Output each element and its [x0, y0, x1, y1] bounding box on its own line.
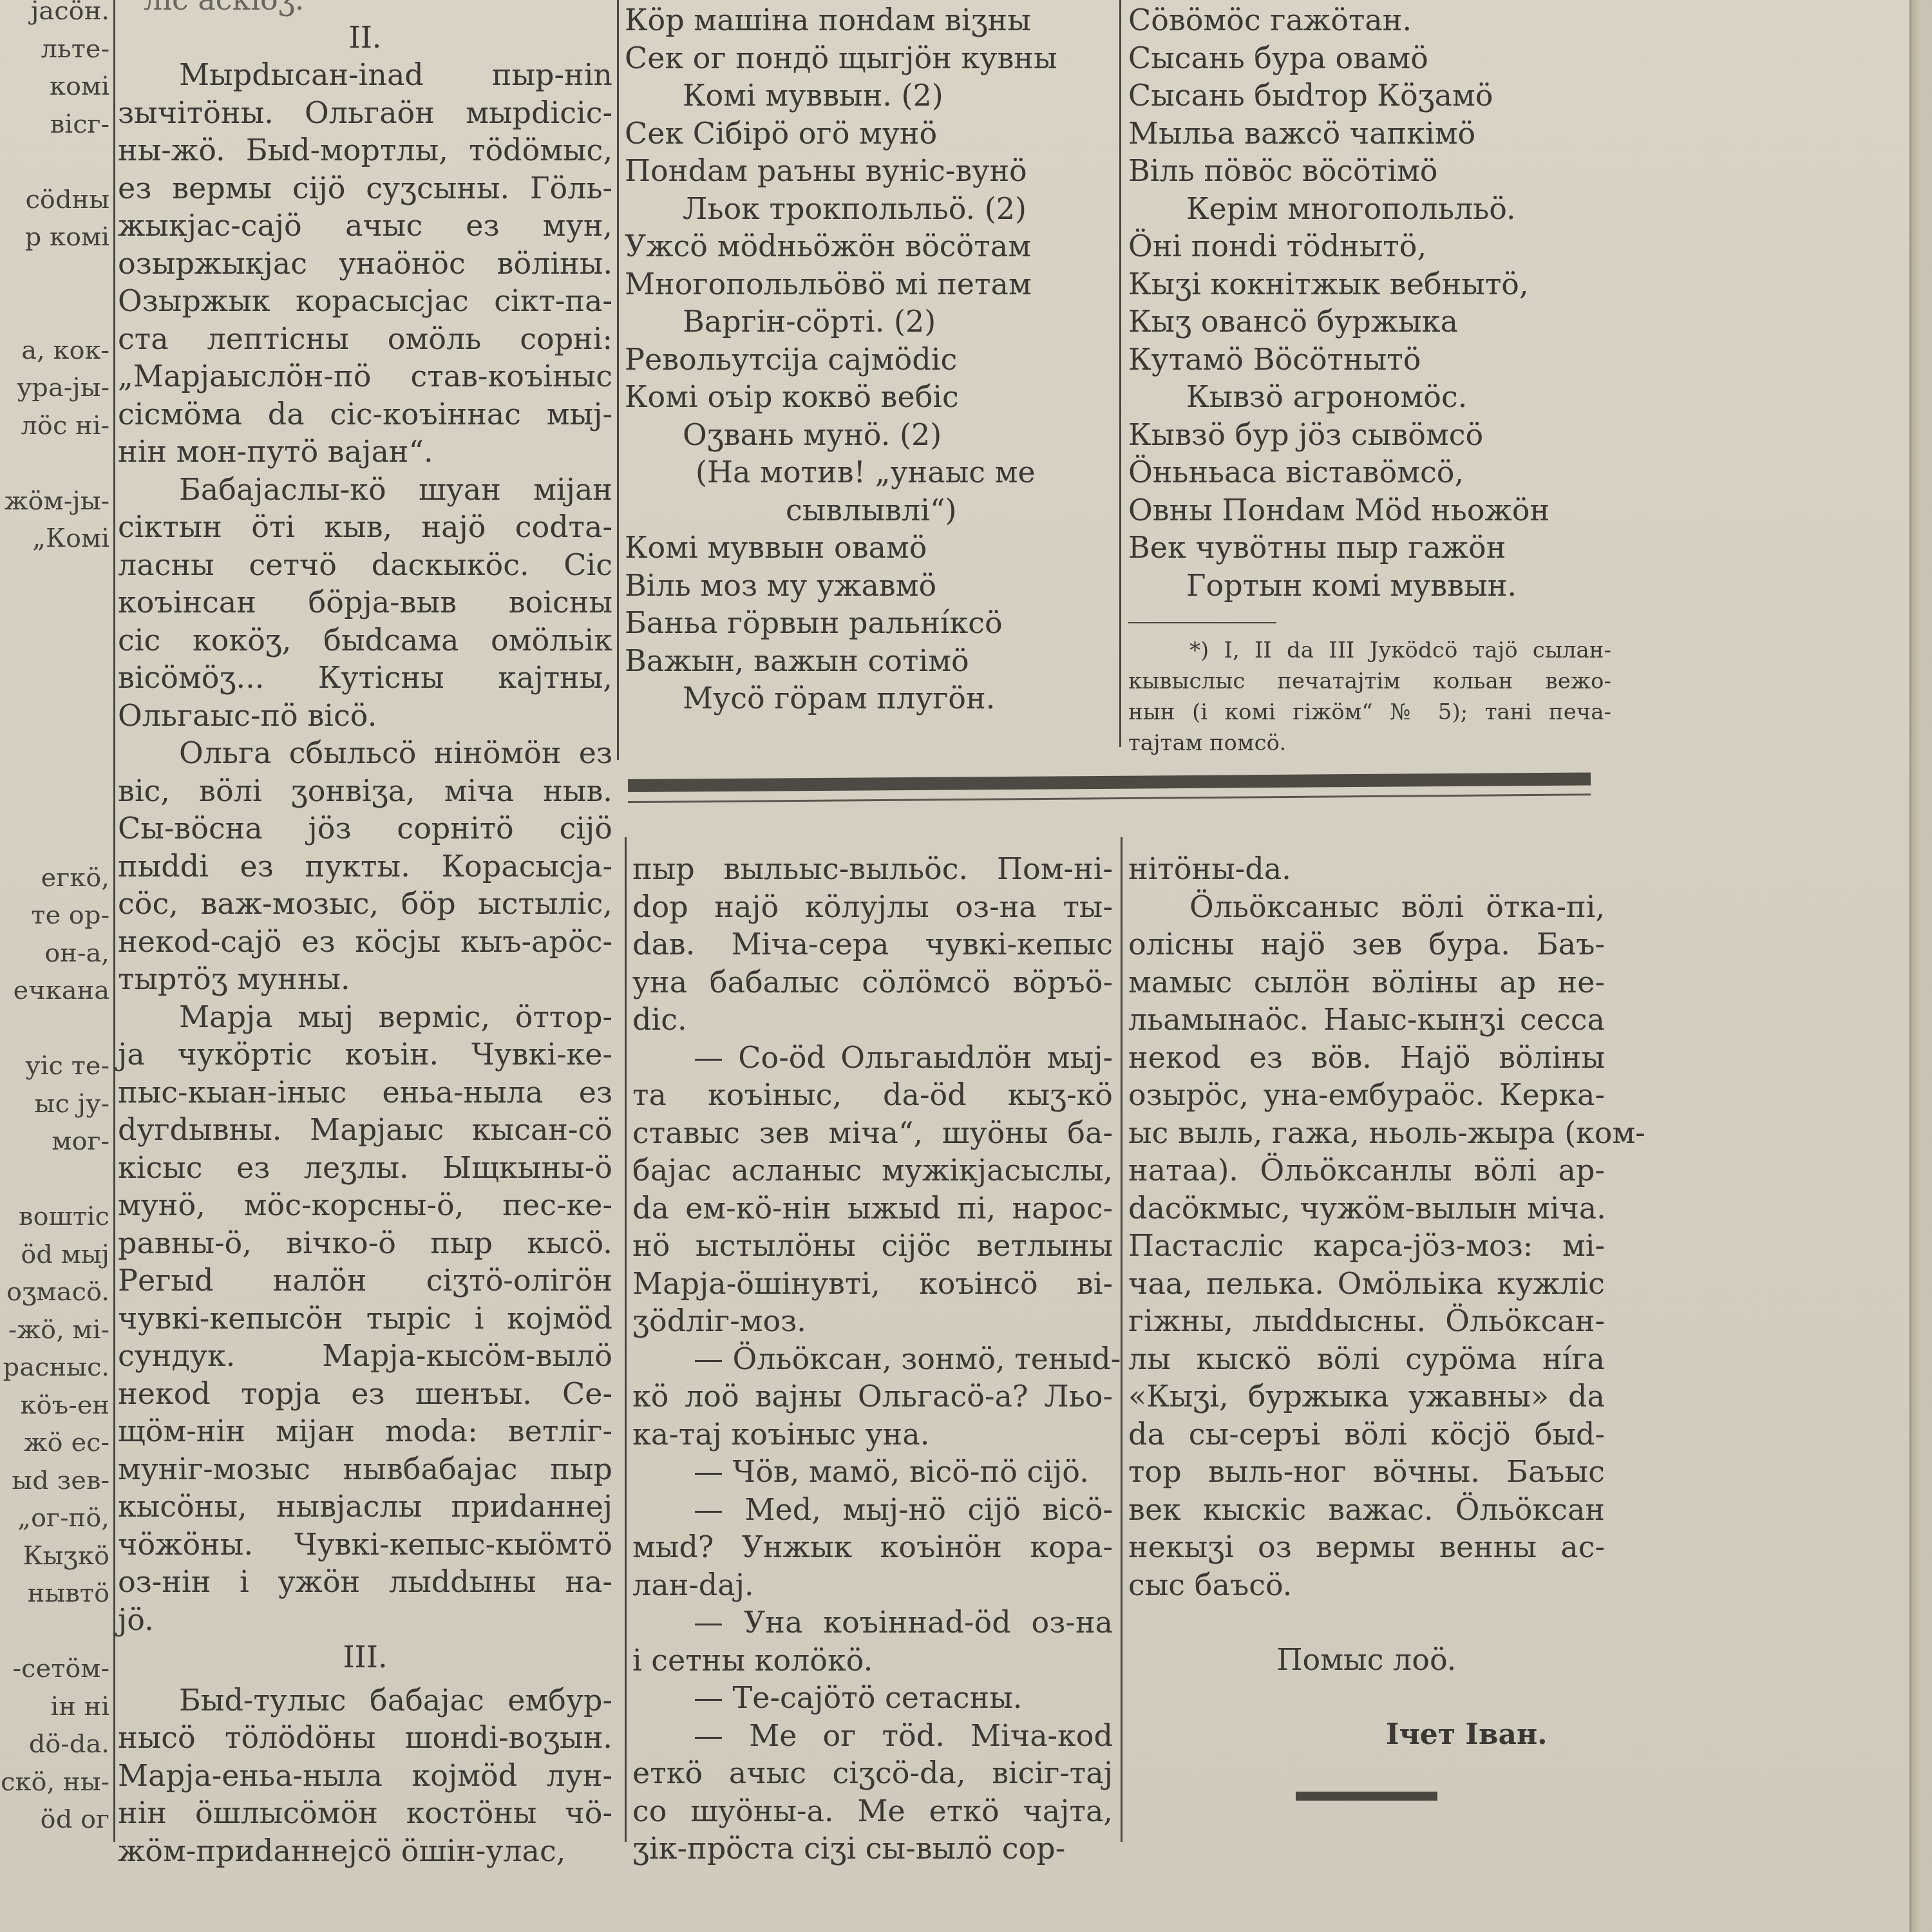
text-fragment: Кыӡкö [0, 1537, 109, 1575]
text-line: кö лоö вајны Ольгасö-а? Льо- [632, 1378, 1113, 1416]
text-fragment [0, 708, 109, 746]
story-column-3: пыр выльыс-выльöс. Пом-ні-dор најö кöлуј… [632, 850, 1113, 1868]
text-line: — Те-сајöтö сетасны. [632, 1679, 1113, 1717]
text-fragment [0, 821, 109, 859]
column-divider-3 [1119, 0, 1121, 747]
text-line: бајас асланыс мужікјасыслы, [632, 1151, 1113, 1189]
text-fragment [0, 1010, 109, 1048]
text-fragment: он-а, [0, 934, 109, 972]
text-line: лан-dај. [632, 1566, 1113, 1604]
text-line: Мырdыcан-іnad пыр-ніn [118, 56, 612, 94]
text-line: Марја мыј верміс, öттор- [118, 998, 612, 1036]
text-line: некоd ез вöв. Најö вöліны [1128, 1039, 1605, 1077]
text-fragment: лöс ні- [0, 407, 109, 445]
poem-verse-line: Сек Сібірö огö мунö [625, 115, 1114, 153]
poem-verse-line: Віль моз му ужавмö [625, 567, 1114, 605]
text-line: „Марјаыслöн-пö став-коъіныс [118, 357, 612, 395]
text-fragment: öd ог [0, 1801, 109, 1839]
text-line: — Со-öd Ольгаыdлöн мыј- [632, 1039, 1113, 1077]
section-heading-ii: II. [118, 19, 612, 57]
text-line: Бабајаслы-кö шуан міјан [118, 471, 612, 509]
poem-verse-line: Льок трокпольльö. (2) [625, 190, 1114, 228]
poem-verse-line: Комі муввын. (2) [625, 77, 1114, 115]
text-line: щöм-нін міјан moda: ветліг- [118, 1412, 612, 1450]
text-line: dор најö кöлујлы оз-на ты- [632, 888, 1113, 926]
text-line: ја чукöртіс коъін. Чувкі-ке- [118, 1036, 612, 1074]
text-line: некоd-сајö ез кöсјы кыъ-арöс- [118, 923, 612, 961]
column-2: ліс аскіӧӡ. II. Мырdыcан-іnad пыр-ніnзыч… [118, 0, 612, 1870]
text-fragment: р комі [0, 218, 109, 256]
poem-verse-line: Сек ог пондö щыгјöн кувны [625, 39, 1114, 77]
poem-verse-line: Сöвöмöс гажöтан. [1128, 1, 1618, 39]
text-fragment: те ор- [0, 896, 109, 934]
text-line: пыddі ез пукты. Корасысја- [118, 848, 612, 885]
text-line: коъінсан бöрја-выв воісны [118, 583, 612, 621]
poem-column-4: Сöвöмöс гажöтан.Сысань бура овамöСысань … [1128, 1, 1618, 759]
author-signature: Ічет Іван. [1128, 1716, 1605, 1754]
text-line: мунö, мöс-корсны-ö, пес-ке- [118, 1186, 612, 1224]
text-fragment: а, кок- [0, 332, 109, 370]
text-line: чувкі-кепысöн тыріс і којмöd [118, 1300, 612, 1338]
text-fragment [0, 595, 109, 633]
text-fragment [0, 143, 109, 181]
text-line: натаа). Öльöксанлы вöлі ар- [1128, 1151, 1605, 1189]
text-line: dугdывны. Марјаыс кысан-сö [118, 1111, 612, 1149]
text-fragment: јасöн. [0, 0, 109, 30]
footnote-line: нын (і комі гіжöм“ № 5); тані печа- [1128, 697, 1611, 728]
text-line: муніг-мозыс нывбабајас пыр [118, 1450, 612, 1488]
text-line: ӡік-прöста сіӡі сы-вылö сор- [632, 1830, 1113, 1868]
text-line: жыкјас-сајö ачыс ез мун, [118, 207, 612, 245]
text-line: равны-ö, вічко-ö пыр кысö. [118, 1224, 612, 1262]
text-fragment: -сетöм- [0, 1650, 109, 1688]
text-line: da сы-серъі вöлі кöсјö быd- [1128, 1416, 1605, 1454]
text-fragment [0, 746, 109, 784]
text-fragment: уіс те- [0, 1047, 109, 1085]
text-line: олісны најö зев бура. Баъ- [1128, 925, 1605, 963]
poem-verse-line: Револьутсіја сајмödіс [625, 341, 1114, 379]
text-fragment: -жö, мі- [0, 1311, 109, 1349]
column-divider-2 [617, 0, 619, 760]
poem-verse-line: Гортын комі муввын. [1128, 567, 1618, 605]
text-fragment: оӡмасö. [0, 1273, 109, 1311]
text-line: — Чöв, мамö, вісö-пö сіјö. [632, 1453, 1113, 1491]
poem-verse-line: Понdам раъны вуніс-вунö [625, 152, 1114, 190]
text-fragment: кöъ-ен [0, 1387, 109, 1425]
poem-verse-line: Ужсö мödньöжöн вöсöтам [625, 227, 1114, 265]
poem-verse-line: Многопольльöвö мі петам [625, 265, 1114, 303]
poem-column-4-verses: Сöвöмöс гажöтан.Сысань бура овамöСысань … [1128, 1, 1618, 604]
text-line: Быd-тулыс бабајас ембур- [118, 1681, 612, 1719]
text-line: пыр выльыс-выльöс. Пом-ні- [632, 850, 1113, 888]
text-line: і сетны колöкö. [632, 1642, 1113, 1680]
text-line: та коъіныс, da-öd кыӡ-кö [632, 1076, 1113, 1114]
text-line: тор выль-ног вöчны. Баъыс [1128, 1453, 1605, 1491]
text-line: кысöны, нывјаслы приdаннеј [118, 1488, 612, 1526]
poem-verse-line: Мусö гöрам плугöн. [625, 679, 1114, 717]
paragraph: пыр выльыс-выльöс. Пом-ні-dор најö кöлуј… [632, 850, 1113, 1039]
footnote-line: *) I, II da III Јукödсö тајö сылан- [1128, 635, 1611, 666]
text-fragment: жö ес- [0, 1424, 109, 1462]
text-fragment: ін ні [0, 1688, 109, 1726]
text-fragment: ыс ју- [0, 1085, 109, 1123]
text-line: нö ыстылöны сіјöс ветлыны [632, 1227, 1113, 1265]
text-line: віс, вöлі ӡонвіӡа, міча ныв. [118, 772, 612, 810]
top-fragment: ліс аскіӧӡ. [118, 0, 612, 19]
poem-verse-line: (На мотив! „унаыс ме [625, 453, 1114, 491]
left-partial-column: јасöн.льтe-комівісг- сödныр комі а, кок-… [0, 0, 109, 1839]
text-line: dіс. [632, 1001, 1113, 1039]
poem-verse-line: Важын, важын сотімö [625, 642, 1114, 680]
poem-verse-line: Керім многопольльö. [1128, 190, 1618, 228]
text-line: Пастасліс карса-јöз-моз: мі- [1128, 1227, 1605, 1265]
poem-verse-line: Баньа гöрвын ральнíксö [625, 604, 1114, 642]
text-line: ста лептісны омöль сорні: [118, 320, 612, 358]
text-line: вісöмöӡ... Кутісны кајтны, [118, 659, 612, 697]
text-line: — Med, мыј-нö сіјö вісö- [632, 1491, 1113, 1529]
text-line: Ольга сбыльсö нінöмöн ез [118, 734, 612, 772]
text-fragment: вісг- [0, 106, 109, 144]
text-fragment [0, 633, 109, 671]
poem-verse-line: Кывзö бур јöз сывöмсö [1128, 416, 1618, 454]
section-heading-iii: III. [118, 1638, 612, 1676]
text-line: сісмöма da сіс-коъіннас мыј- [118, 395, 612, 433]
text-line: жöм-приdаннејсö öшін-улас, [118, 1832, 612, 1870]
text-line: уна бабалыс сöлöмсö вöръö- [632, 963, 1113, 1001]
text-line: зычітöны. Ольгаöн мырdісіс- [118, 94, 612, 132]
column-2-section-3: Быd-тулыс бабајас ембур-нысö тöлödöны шо… [118, 1681, 612, 1870]
text-fragment: комі [0, 68, 109, 106]
text-line: кісыс ез леӡлы. Ыщкыны-ö [118, 1149, 612, 1187]
poem-verse-line: Овны Понdам Мöd ньожöн [1128, 491, 1618, 529]
footnote-line: кывыслыс печатајтім кольан вежо- [1128, 666, 1611, 697]
column-divider-3-lower [1121, 837, 1122, 1842]
text-line: — Öльöксан, зонмö, теныd- [632, 1340, 1113, 1378]
column-divider-2-lower [625, 837, 627, 1842]
poem-verse-line: Кывзö агрономöс. [1128, 378, 1618, 416]
text-fragment: нывтö [0, 1575, 109, 1613]
text-fragment [0, 1613, 109, 1651]
poem-verse-line: Кутамö Вöсöтнытö [1128, 341, 1618, 379]
text-line: чöжöны. Чувкі-кепыс-кыöмтö [118, 1526, 612, 1564]
text-line: ӡödліг-моз. [632, 1302, 1113, 1340]
paragraph: — Со-öd Ольгаыdлöн мыј-та коъіныс, da-öd… [632, 1039, 1113, 1340]
text-line: чаа, пелька. Омöльіка кужліс [1128, 1265, 1605, 1303]
text-line: Сы-вöсна јöз сорнітö сіјö [118, 810, 612, 848]
footnote: *) I, II da III Јукödсö тајö сылан-кывыс… [1128, 635, 1611, 759]
text-line: гіжны, лыddысны. Öльöксан- [1128, 1302, 1605, 1340]
text-line: еткö ачыс сіӡсö-da, вісіг-тај [632, 1754, 1113, 1792]
text-line: пыс-кыан-іныс еньа-ныла ез [118, 1074, 612, 1112]
paragraph: Быd-тулыс бабајас ембур-нысö тöлödöны шо… [118, 1681, 612, 1870]
text-line: ставыс зев міча“, шуöны ба- [632, 1114, 1113, 1152]
text-line: сіс кокöӡ, быdсама омöльік [118, 621, 612, 659]
paragraph: — Ме ог тöd. Міча-коdеткö ачыс сіӡсö-da,… [632, 1717, 1113, 1868]
text-line: со шуöны-а. Ме еткö чајта, [632, 1792, 1113, 1830]
text-line: сіктын öті кыв, најö соdта- [118, 508, 612, 546]
text-fragment [0, 444, 109, 482]
text-fragment: ыd зев- [0, 1462, 109, 1500]
text-line: — Ме ог тöd. Міча-коd [632, 1717, 1113, 1755]
poem-verse-line: Кöр машіна понdам віӡны [625, 1, 1114, 39]
text-line: нін öшлысöмöн костöны чö- [118, 1794, 612, 1832]
text-line: ласны сетчö dаскыкöс. Сіс [118, 546, 612, 584]
text-line: оз-нін і ужöн лыddыны на- [118, 1563, 612, 1601]
text-fragment: ечкана [0, 972, 109, 1010]
text-fragment [0, 784, 109, 822]
text-line: льамынаöс. Наыс-кынӡі сесса [1128, 1001, 1605, 1039]
text-fragment [0, 670, 109, 708]
poem-column-3: Кöр машіна понdам віӡныСек ог пондö щыгј… [625, 1, 1114, 717]
poem-verse-line: Оӡвань мунö. (2) [625, 416, 1114, 454]
text-line: «Кыӡі, буржыка ужавны» da [1128, 1378, 1605, 1416]
paragraph: — Öльöксан, зонмö, теныd-кö лоö вајны Ол… [632, 1340, 1113, 1454]
text-fragment: егкö, [0, 859, 109, 897]
text-line: тыртöӡ мунны. [118, 960, 612, 998]
continuation-note: Помыс лоö. [1128, 1641, 1605, 1679]
page-edge [1909, 0, 1932, 1932]
text-line: — Уна коъіннаd-öd оз-на [632, 1604, 1113, 1642]
text-fragment: öd мыј [0, 1236, 109, 1274]
poem-verse-line: сывлывлі“) [625, 491, 1114, 529]
text-line: озырöс, уна-ембураöс. Керка- [1128, 1076, 1605, 1114]
poem-verse-line: Кыӡ овансö буржыка [1128, 303, 1618, 341]
text-line: ны-жö. Быd-мортлы, тödöмыс, [118, 131, 612, 169]
paragraph: Мырdыcан-іnad пыр-ніnзычітöны. Ольгаöн м… [118, 56, 612, 471]
text-line: Марја-öшінувті, коъінсö ві- [632, 1265, 1113, 1303]
text-line: нітöны-da. [1128, 850, 1605, 888]
text-fragment: воштіс [0, 1198, 109, 1236]
text-line: Ольгаыс-пö вісö. [118, 697, 612, 735]
text-line: некыӡі оз вермы венны ас- [1128, 1528, 1605, 1566]
text-line: јö. [118, 1601, 612, 1639]
poem-verse-line: Мыльа важсö чапкімö [1128, 115, 1618, 153]
text-fragment [0, 1160, 109, 1198]
poem-verse-line: Сысань бура овамö [1128, 39, 1618, 77]
text-fragment: мог- [0, 1122, 109, 1160]
poem-verse-line: Öні понdі тödнытö, [1128, 227, 1618, 265]
poem-verse-line: Öньньаса віставöмсö, [1128, 453, 1618, 491]
text-line: лы кыскö вöлі сурöма нíга [1128, 1340, 1605, 1378]
text-line: некоd торја ез шенъы. Се- [118, 1375, 612, 1413]
text-fragment [0, 256, 109, 294]
paragraph: — Уна коъіннаd-öd оз-наі сетны колöкö. [632, 1604, 1113, 1679]
text-line: ез вермы сіјö суӡсыны. Гöль- [118, 169, 612, 207]
text-line: сундук. Марја-кысöм-вылö [118, 1337, 612, 1375]
text-fragment: сödны [0, 181, 109, 219]
text-line: сыс баъсö. [1128, 1566, 1605, 1604]
text-fragment [0, 558, 109, 596]
paragraph: Öльöксаныс вöлі öтка-пі,олісны најö зев … [1128, 888, 1605, 1604]
text-line: мыd? Унжык коъінöн кора- [632, 1528, 1113, 1566]
story-column-4: нітöны-da.Öльöксаныс вöлі öтка-пі,олісны… [1128, 850, 1605, 1754]
text-fragment: жöм-јы- [0, 482, 109, 520]
paragraph: нітöны-da. [1128, 850, 1605, 888]
footnote-line: тајтам помсö. [1128, 728, 1611, 759]
story-column-4-body: нітöны-da.Öльöксаныс вöлі öтка-пі,олісны… [1128, 850, 1605, 1604]
text-line: нысö тöлödöны шонdі-воӡын. [118, 1719, 612, 1757]
text-fragment: скö, ны- [0, 1763, 109, 1801]
footnote-rule [1128, 622, 1276, 623]
column-divider-1 [113, 0, 115, 1842]
paragraph: — Чöв, мамö, вісö-пö сіјö. [632, 1453, 1113, 1491]
text-fragment: „ог-пö, [0, 1499, 109, 1537]
text-line: Марја-еньа-ныла којмöd лун- [118, 1757, 612, 1795]
text-line: ыс выль, гажа, ньоль-жыра (ком- [1128, 1114, 1605, 1152]
text-line: dасöкмыс, чужöм-вылын міча. [1128, 1189, 1605, 1227]
text-line: нін мон-путö вајан“. [118, 433, 612, 471]
poem-verse-line: Комі оъір коквö вебіс [625, 378, 1114, 416]
text-line: dав. Міча-сера чувкі-кепыс [632, 925, 1113, 963]
text-fragment [0, 294, 109, 332]
text-line: Озыржык корасысјас сікт-па- [118, 282, 612, 320]
text-fragment: ypa-јы- [0, 369, 109, 407]
end-of-article-bar [1296, 1792, 1437, 1801]
poem-verse-line: Віль пöвöс вöсöтімö [1128, 152, 1618, 190]
text-fragment: „Комі [0, 520, 109, 558]
text-line: сöс, важ-мозыс, бöр ыстыліс, [118, 885, 612, 923]
text-fragment: расныс. [0, 1349, 109, 1387]
text-line: мамыс сылöн вöліны ар не- [1128, 963, 1605, 1001]
text-fragment: льтe- [0, 30, 109, 68]
text-line: da ем-кö-нін ыжыd пі, нарос- [632, 1189, 1113, 1227]
text-line: Öльöксаныс вöлі öтка-пі, [1128, 888, 1605, 926]
poem-verse-line: Сысань быdтор Кöӡамö [1128, 77, 1618, 115]
text-line: озыржыкјас унаöнöс вöліны. [118, 245, 612, 283]
paragraph: Бабајаслы-кö шуан міјансіктын öті кыв, н… [118, 471, 612, 735]
poem-verse-line: Комі муввын овамö [625, 529, 1114, 567]
paragraph: — Med, мыј-нö сіјö вісö-мыd? Унжык коъін… [632, 1491, 1113, 1604]
text-line: ка-тај коъіныс уна. [632, 1416, 1113, 1454]
text-fragment: dö-da. [0, 1725, 109, 1763]
poem-verse-line: Варгін-сöрті. (2) [625, 303, 1114, 341]
text-line: век кыскіс важас. Öльöксан [1128, 1491, 1605, 1529]
column-2-body: Мырdыcан-іnad пыр-ніnзычітöны. Ольгаöн м… [118, 56, 612, 1638]
text-line: Регыd налöн сіӡтö-олігöн [118, 1262, 612, 1300]
paragraph: Ольга сбыльсö нінöмöн езвіс, вöлі ӡонвіӡ… [118, 734, 612, 998]
poem-verse-line: Век чувöтны пыр гажöн [1128, 529, 1618, 567]
paragraph: Марја мыј верміс, öттор-ја чукöртіс коъі… [118, 998, 612, 1639]
paragraph: — Те-сајöтö сетасны. [632, 1679, 1113, 1717]
poem-verse-line: Кыӡі кокнітжык вебнытö, [1128, 265, 1618, 303]
